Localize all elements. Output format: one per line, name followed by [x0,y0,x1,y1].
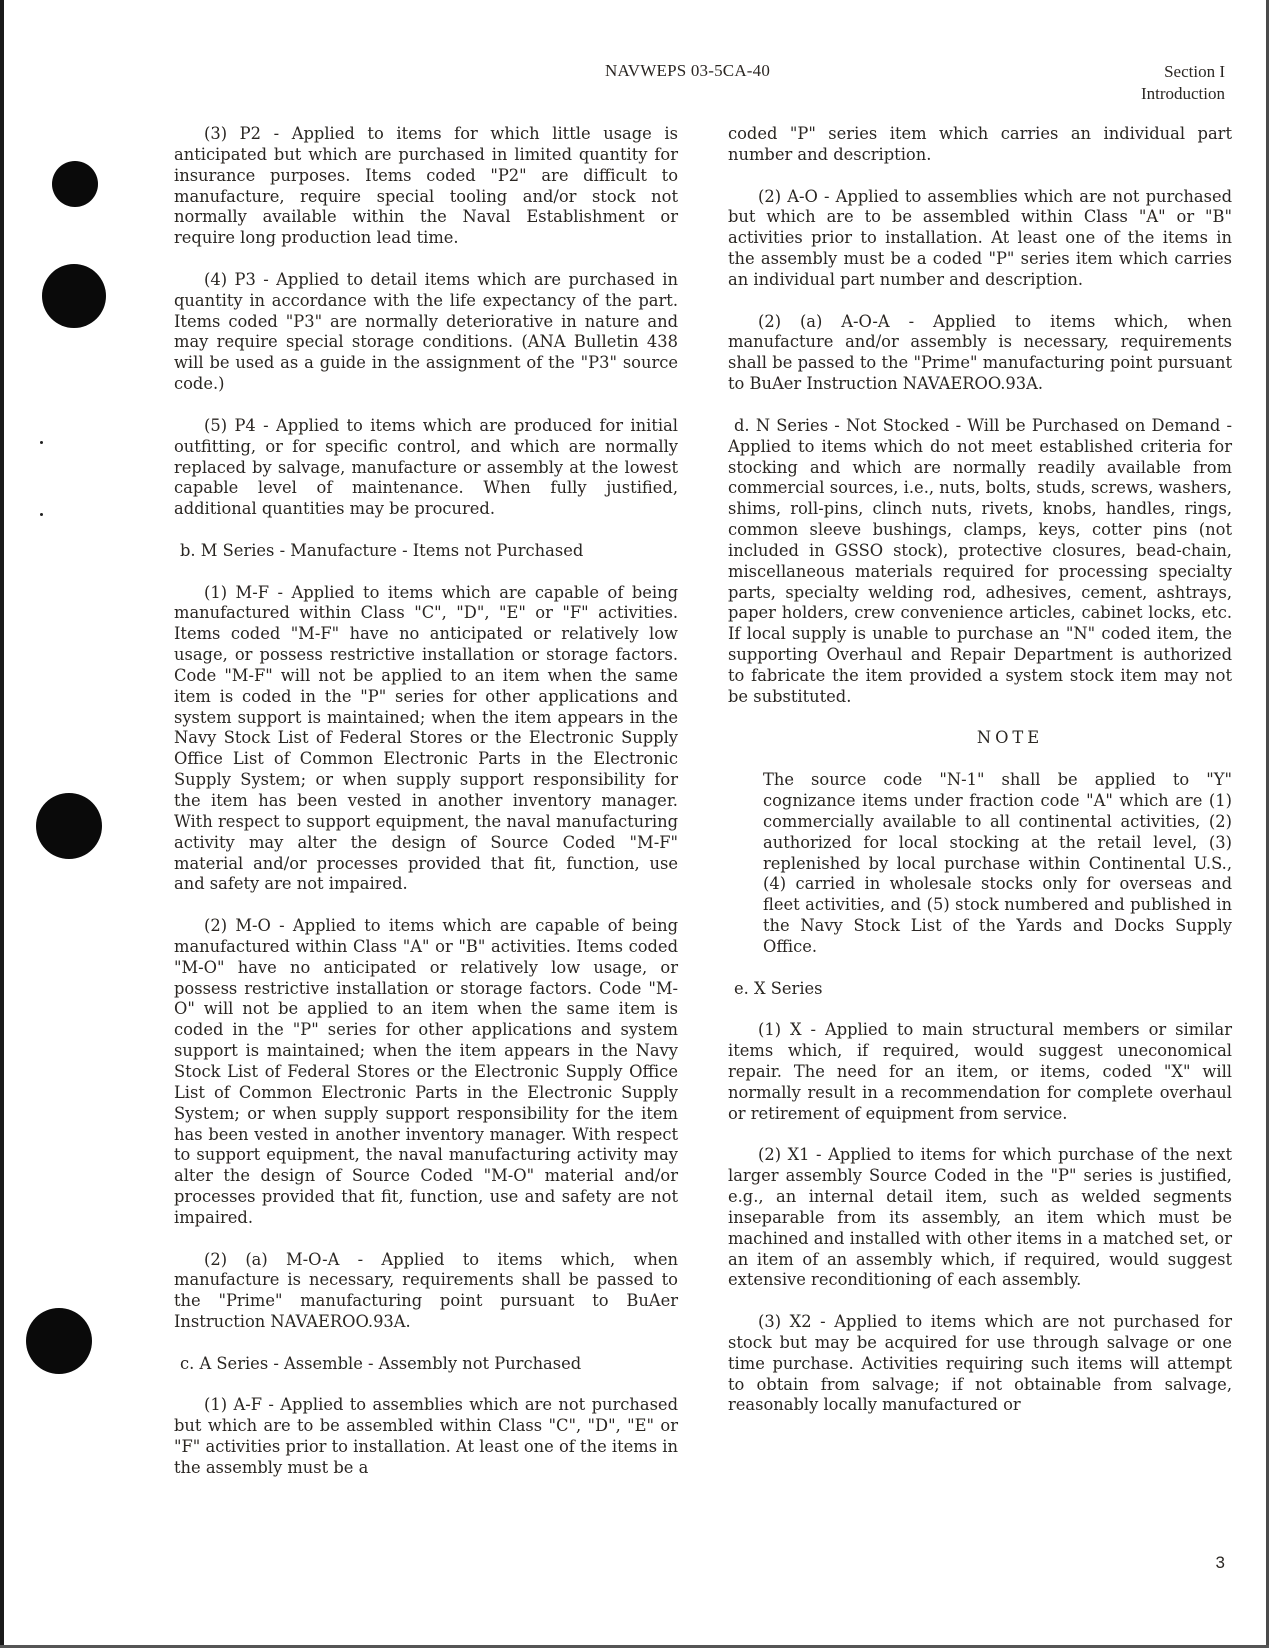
document-number: NAVWEPS 03-5CA-40 [605,61,770,81]
paragraph-a-o: (2) A-O - Applied to assemblies which ar… [728,187,1232,291]
paragraph-a-o-a: (2) (a) A-O-A - Applied to items which, … [728,312,1232,395]
note-body: The source code "N-1" shall be applied t… [763,770,1232,958]
scan-edge-left [0,0,4,1648]
binder-hole-icon [52,161,98,207]
scan-speck [40,441,43,444]
paragraph-x1: (2) X1 - Applied to items for which purc… [728,1145,1232,1291]
paragraph-m-o: (2) M-O - Applied to items which are cap… [174,916,678,1229]
paragraph-m-o-a: (2) (a) M-O-A - Applied to items which, … [174,1250,678,1333]
section-header: Section I Introduction [1141,61,1225,105]
binder-hole-icon [36,793,102,859]
paragraph-x: (1) X - Applied to main structural membe… [728,1020,1232,1124]
section-label: Section I [1141,61,1225,83]
binder-hole-icon [42,264,106,328]
note-title: NOTE [728,728,1232,749]
section-title: Introduction [1141,83,1225,105]
paragraph-p2: (3) P2 - Applied to items for which litt… [174,124,678,249]
scan-speck [40,513,43,516]
heading-m-series: b. M Series - Manufacture - Items not Pu… [174,541,678,562]
paragraph-p3: (4) P3 - Applied to detail items which a… [174,270,678,395]
paragraph-p4: (5) P4 - Applied to items which are prod… [174,416,678,520]
heading-n-series: d. N Series - Not Stocked - Will be Purc… [728,416,1232,708]
right-column: coded "P" series item which carries an i… [728,124,1232,1437]
paragraph-a-f: (1) A-F - Applied to assemblies which ar… [174,1395,678,1478]
paragraph-m-f: (1) M-F - Applied to items which are cap… [174,583,678,896]
binder-hole-icon [26,1308,92,1374]
left-column: (3) P2 - Applied to items for which litt… [174,124,678,1500]
page-number: 3 [1216,1553,1225,1573]
paragraph-x2: (3) X2 - Applied to items which are not … [728,1312,1232,1416]
paragraph-a-f-continued: coded "P" series item which carries an i… [728,124,1232,166]
heading-a-series: c. A Series - Assemble - Assembly not Pu… [174,1354,678,1375]
heading-x-series: e. X Series [728,979,1232,1000]
